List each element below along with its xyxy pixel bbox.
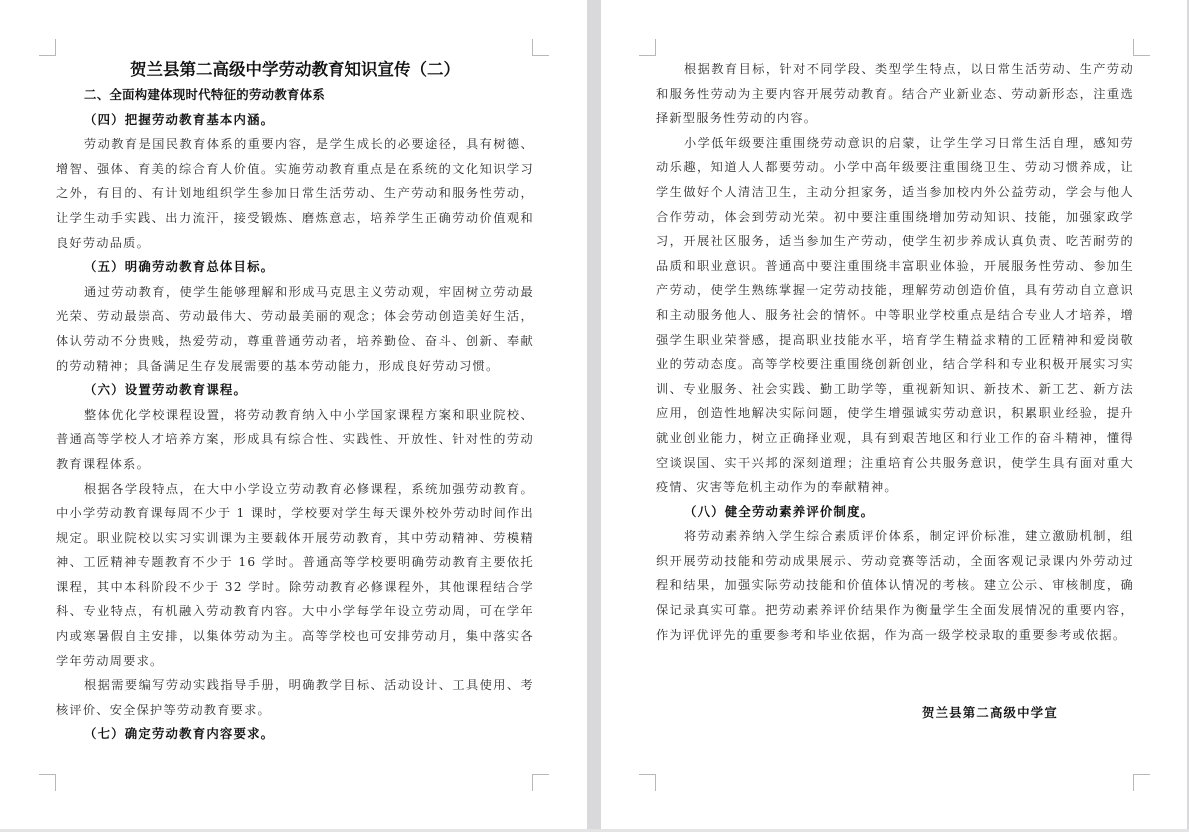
document-page-left: 贺兰县第二高级中学劳动教育知识宣传（二） 二、全面构建体现时代特征的劳动教育体系…: [0, 0, 587, 832]
paragraph: 根据需要编写劳动实践指导手册，明确教学目标、活动设计、工具使用、考核评价、安全保…: [56, 673, 534, 722]
page-right-content[interactable]: 根据教育目标，针对不同学段、类型学生特点，以日常生活劳动、生产劳动和服务性劳动为…: [656, 57, 1134, 647]
paragraph: 通过劳动教育，使学生能够理解和形成马克思主义劳动观，牢固树立劳动最光荣、劳动最崇…: [56, 280, 534, 378]
subsection-heading-5: （五）明确劳动教育总体目标。: [56, 255, 534, 280]
paragraph: 小学低年级要注重围绕劳动意识的启蒙，让学生学习日常生活自理，感知劳动乐趣，知道人…: [656, 131, 1134, 500]
paragraph: 劳动教育是国民教育体系的重要内容，是学生成长的必要途径，具有树德、增智、强体、育…: [56, 132, 534, 255]
margin-corner-mark: [639, 39, 656, 56]
margin-corner-mark: [532, 774, 549, 791]
signature: 贺兰县第二高级中学宣: [922, 703, 1058, 721]
paragraph: 整体优化学校课程设置，将劳动教育纳入中小学国家课程方案和职业院校、普通高等学校人…: [56, 403, 534, 477]
margin-corner-mark: [1133, 774, 1150, 791]
margin-corner-mark: [39, 774, 56, 791]
paragraph: 将劳动素养纳入学生综合素质评价体系，制定评价标准，建立激励机制，组织开展劳动技能…: [656, 524, 1134, 647]
margin-corner-mark: [39, 39, 56, 56]
section-heading: 二、全面构建体现时代特征的劳动教育体系: [56, 83, 534, 108]
subsection-heading-8: （八）健全劳动素养评价制度。: [656, 500, 1134, 525]
document-page-right: 根据教育目标，针对不同学段、类型学生特点，以日常生活劳动、生产劳动和服务性劳动为…: [601, 0, 1187, 832]
subsection-heading-6: （六）设置劳动教育课程。: [56, 378, 534, 403]
page-left-content[interactable]: 贺兰县第二高级中学劳动教育知识宣传（二） 二、全面构建体现时代特征的劳动教育体系…: [56, 57, 534, 747]
document-title: 贺兰县第二高级中学劳动教育知识宣传（二）: [56, 57, 534, 83]
page-gap: [587, 0, 601, 832]
margin-corner-mark: [639, 774, 656, 791]
paragraph: 根据教育目标，针对不同学段、类型学生特点，以日常生活劳动、生产劳动和服务性劳动为…: [656, 57, 1134, 131]
margin-corner-mark: [1133, 39, 1150, 56]
subsection-heading-4: （四）把握劳动教育基本内涵。: [56, 108, 534, 133]
margin-corner-mark: [532, 39, 549, 56]
paragraph: 根据各学段特点，在大中小学设立劳动教育必修课程，系统加强劳动教育。中小学劳动教育…: [56, 477, 534, 674]
subsection-heading-7: （七）确定劳动教育内容要求。: [56, 722, 534, 747]
